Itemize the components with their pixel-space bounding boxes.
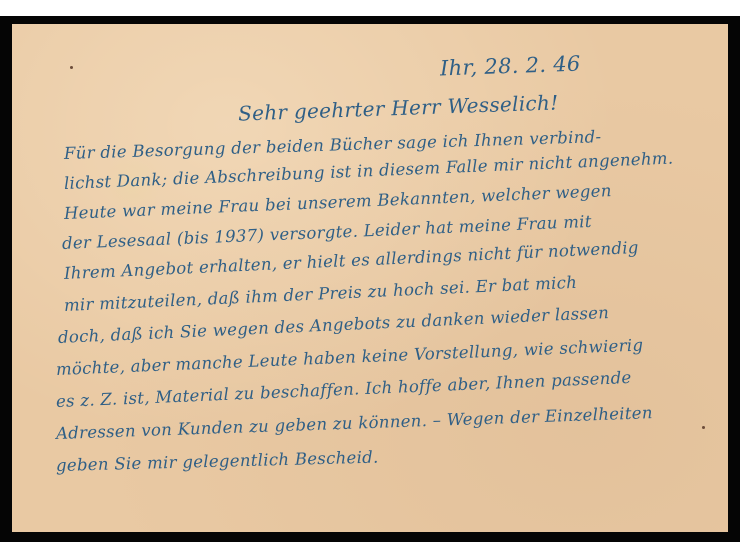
- paper-blemish: [702, 426, 705, 429]
- postcard: Ihr, 28. 2. 46 Sehr geehrter Herr Wessel…: [12, 24, 728, 532]
- date-line: Ihr, 28. 2. 46: [440, 52, 581, 81]
- salutation: Sehr geehrter Herr Wesselich!: [238, 90, 559, 125]
- paper-blemish: [70, 66, 73, 69]
- letter-line: Adressen von Kunden zu geben zu können. …: [56, 403, 653, 443]
- letter-line: geben Sie mir gelegentlich Bescheid.: [56, 448, 379, 475]
